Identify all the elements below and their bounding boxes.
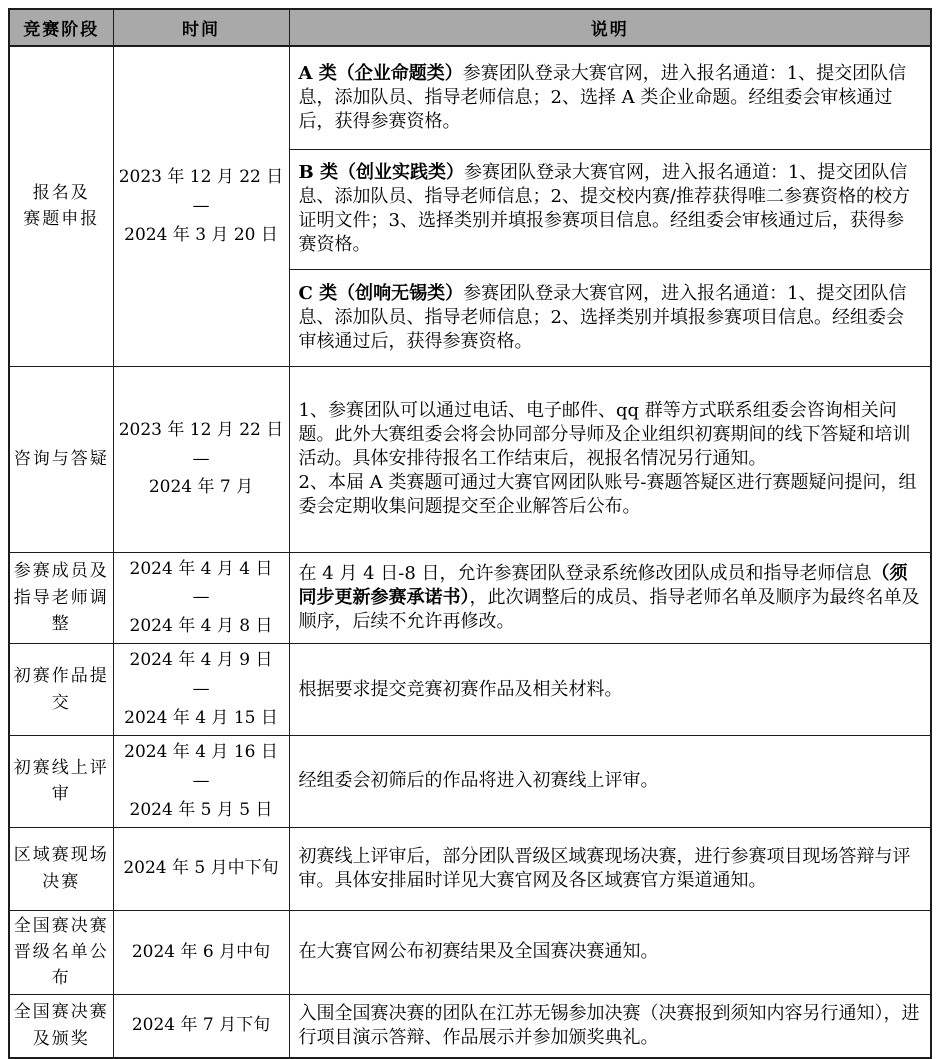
document-page: 竞赛阶段 时间 说明 报名及 赛题申报 2023 年 12 月 22 日 — 2… <box>0 0 938 1038</box>
header-stage: 竞赛阶段 <box>9 9 113 46</box>
cell-desc-online-review: 经组委会初筛后的作品将进入初赛线上评审。 <box>289 735 931 827</box>
row-national-final: 全国赛决赛 及颁奖 2024 年 7 月下旬 入围全国赛决赛的团队在江苏无锡参加… <box>9 994 931 1058</box>
consult-paragraph-1: 1、参赛团队可以通过电话、电子邮件、qq 群等方式联系组委会咨询相关问题。此外大… <box>299 399 921 471</box>
cell-desc-consult: 1、参赛团队可以通过电话、电子邮件、qq 群等方式联系组委会咨询相关问题。此外大… <box>289 366 931 552</box>
cell-desc-regional-final: 初赛线上评审后，部分团队晋级区域赛现场决赛，进行参赛项目现场答辩与评审。具体安排… <box>289 827 931 910</box>
cell-stage-adjust: 参赛成员及 指导老师调 整 <box>9 552 113 644</box>
category-b-title: B 类（创业实践类） <box>299 162 464 183</box>
cell-desc-national-final: 入围全国赛决赛的团队在江苏无锡参加决赛（决赛报到须知内容另行通知），进行项目演示… <box>289 994 931 1058</box>
consult-paragraph-2: 2、本届 A 类赛题可通过大赛官网团队账号-赛题答疑区进行赛题疑问提问，组委会定… <box>299 471 921 519</box>
row-regional-final: 区域赛现场 决赛 2024 年 5 月中下旬 初赛线上评审后，部分团队晋级区域赛… <box>9 827 931 910</box>
cell-time-national-final: 2024 年 7 月下旬 <box>113 994 289 1058</box>
cell-time-regional-final: 2024 年 5 月中下旬 <box>113 827 289 910</box>
category-c-title: C 类（创响无锡类） <box>299 283 464 304</box>
header-description: 说明 <box>289 9 931 46</box>
row-national-list: 全国赛决赛 晋级名单公 布 2024 年 6 月中旬 在大赛官网公布初赛结果及全… <box>9 910 931 994</box>
cell-stage-online-review: 初赛线上评 审 <box>9 735 113 827</box>
cell-desc-signup-category-b: B 类（创业实践类）参赛团队登录大赛官网，进入报名通道：1、提交团队信息、添加队… <box>289 149 931 269</box>
row-adjust: 参赛成员及 指导老师调 整 2024 年 4 月 4 日 — 2024 年 4 … <box>9 552 931 644</box>
row-signup-a: 报名及 赛题申报 2023 年 12 月 22 日 — 2024 年 3 月 2… <box>9 46 931 149</box>
row-online-review: 初赛线上评 审 2024 年 4 月 16 日 — 2024 年 5 月 5 日… <box>9 735 931 827</box>
cell-stage-signup: 报名及 赛题申报 <box>9 46 113 366</box>
header-row: 竞赛阶段 时间 说明 <box>9 9 931 46</box>
cell-stage-submit: 初赛作品提 交 <box>9 644 113 736</box>
cell-time-consult: 2023 年 12 月 22 日 — 2024 年 7 月 <box>113 366 289 552</box>
cell-time-signup: 2023 年 12 月 22 日 — 2024 年 3 月 20 日 <box>113 46 289 366</box>
adjust-desc-pre: 在 4 月 4 日-8 日，允许参赛团队登录系统修改团队成员和指导老师信息 <box>299 563 872 584</box>
cell-desc-national-list: 在大赛官网公布初赛结果及全国赛决赛通知。 <box>289 910 931 994</box>
cell-desc-signup-category-c: C 类（创响无锡类）参赛团队登录大赛官网，进入报名通道：1、提交团队信息、添加队… <box>289 269 931 366</box>
cell-time-submit: 2024 年 4 月 9 日 — 2024 年 4 月 15 日 <box>113 644 289 736</box>
cell-time-national-list: 2024 年 6 月中旬 <box>113 910 289 994</box>
cell-time-online-review: 2024 年 4 月 16 日 — 2024 年 5 月 5 日 <box>113 735 289 827</box>
cell-time-adjust: 2024 年 4 月 4 日 — 2024 年 4 月 8 日 <box>113 552 289 644</box>
cell-stage-national-final: 全国赛决赛 及颁奖 <box>9 994 113 1058</box>
cell-stage-consult: 咨询与答疑 <box>9 366 113 552</box>
cell-desc-submit: 根据要求提交竞赛初赛作品及相关材料。 <box>289 644 931 736</box>
row-consult: 咨询与答疑 2023 年 12 月 22 日 — 2024 年 7 月 1、参赛… <box>9 366 931 552</box>
cell-stage-regional-final: 区域赛现场 决赛 <box>9 827 113 910</box>
cell-stage-national-list: 全国赛决赛 晋级名单公 布 <box>9 910 113 994</box>
row-submit: 初赛作品提 交 2024 年 4 月 9 日 — 2024 年 4 月 15 日… <box>9 644 931 736</box>
header-time: 时间 <box>113 9 289 46</box>
cell-desc-adjust: 在 4 月 4 日-8 日，允许参赛团队登录系统修改团队成员和指导老师信息（须同… <box>289 552 931 644</box>
schedule-table: 竞赛阶段 时间 说明 报名及 赛题申报 2023 年 12 月 22 日 — 2… <box>8 8 932 1059</box>
cell-desc-signup-category-a: A 类（企业命题类）参赛团队登录大赛官网，进入报名通道：1、提交团队信息，添加队… <box>289 46 931 149</box>
category-a-title: A 类（企业命题类） <box>299 63 463 84</box>
